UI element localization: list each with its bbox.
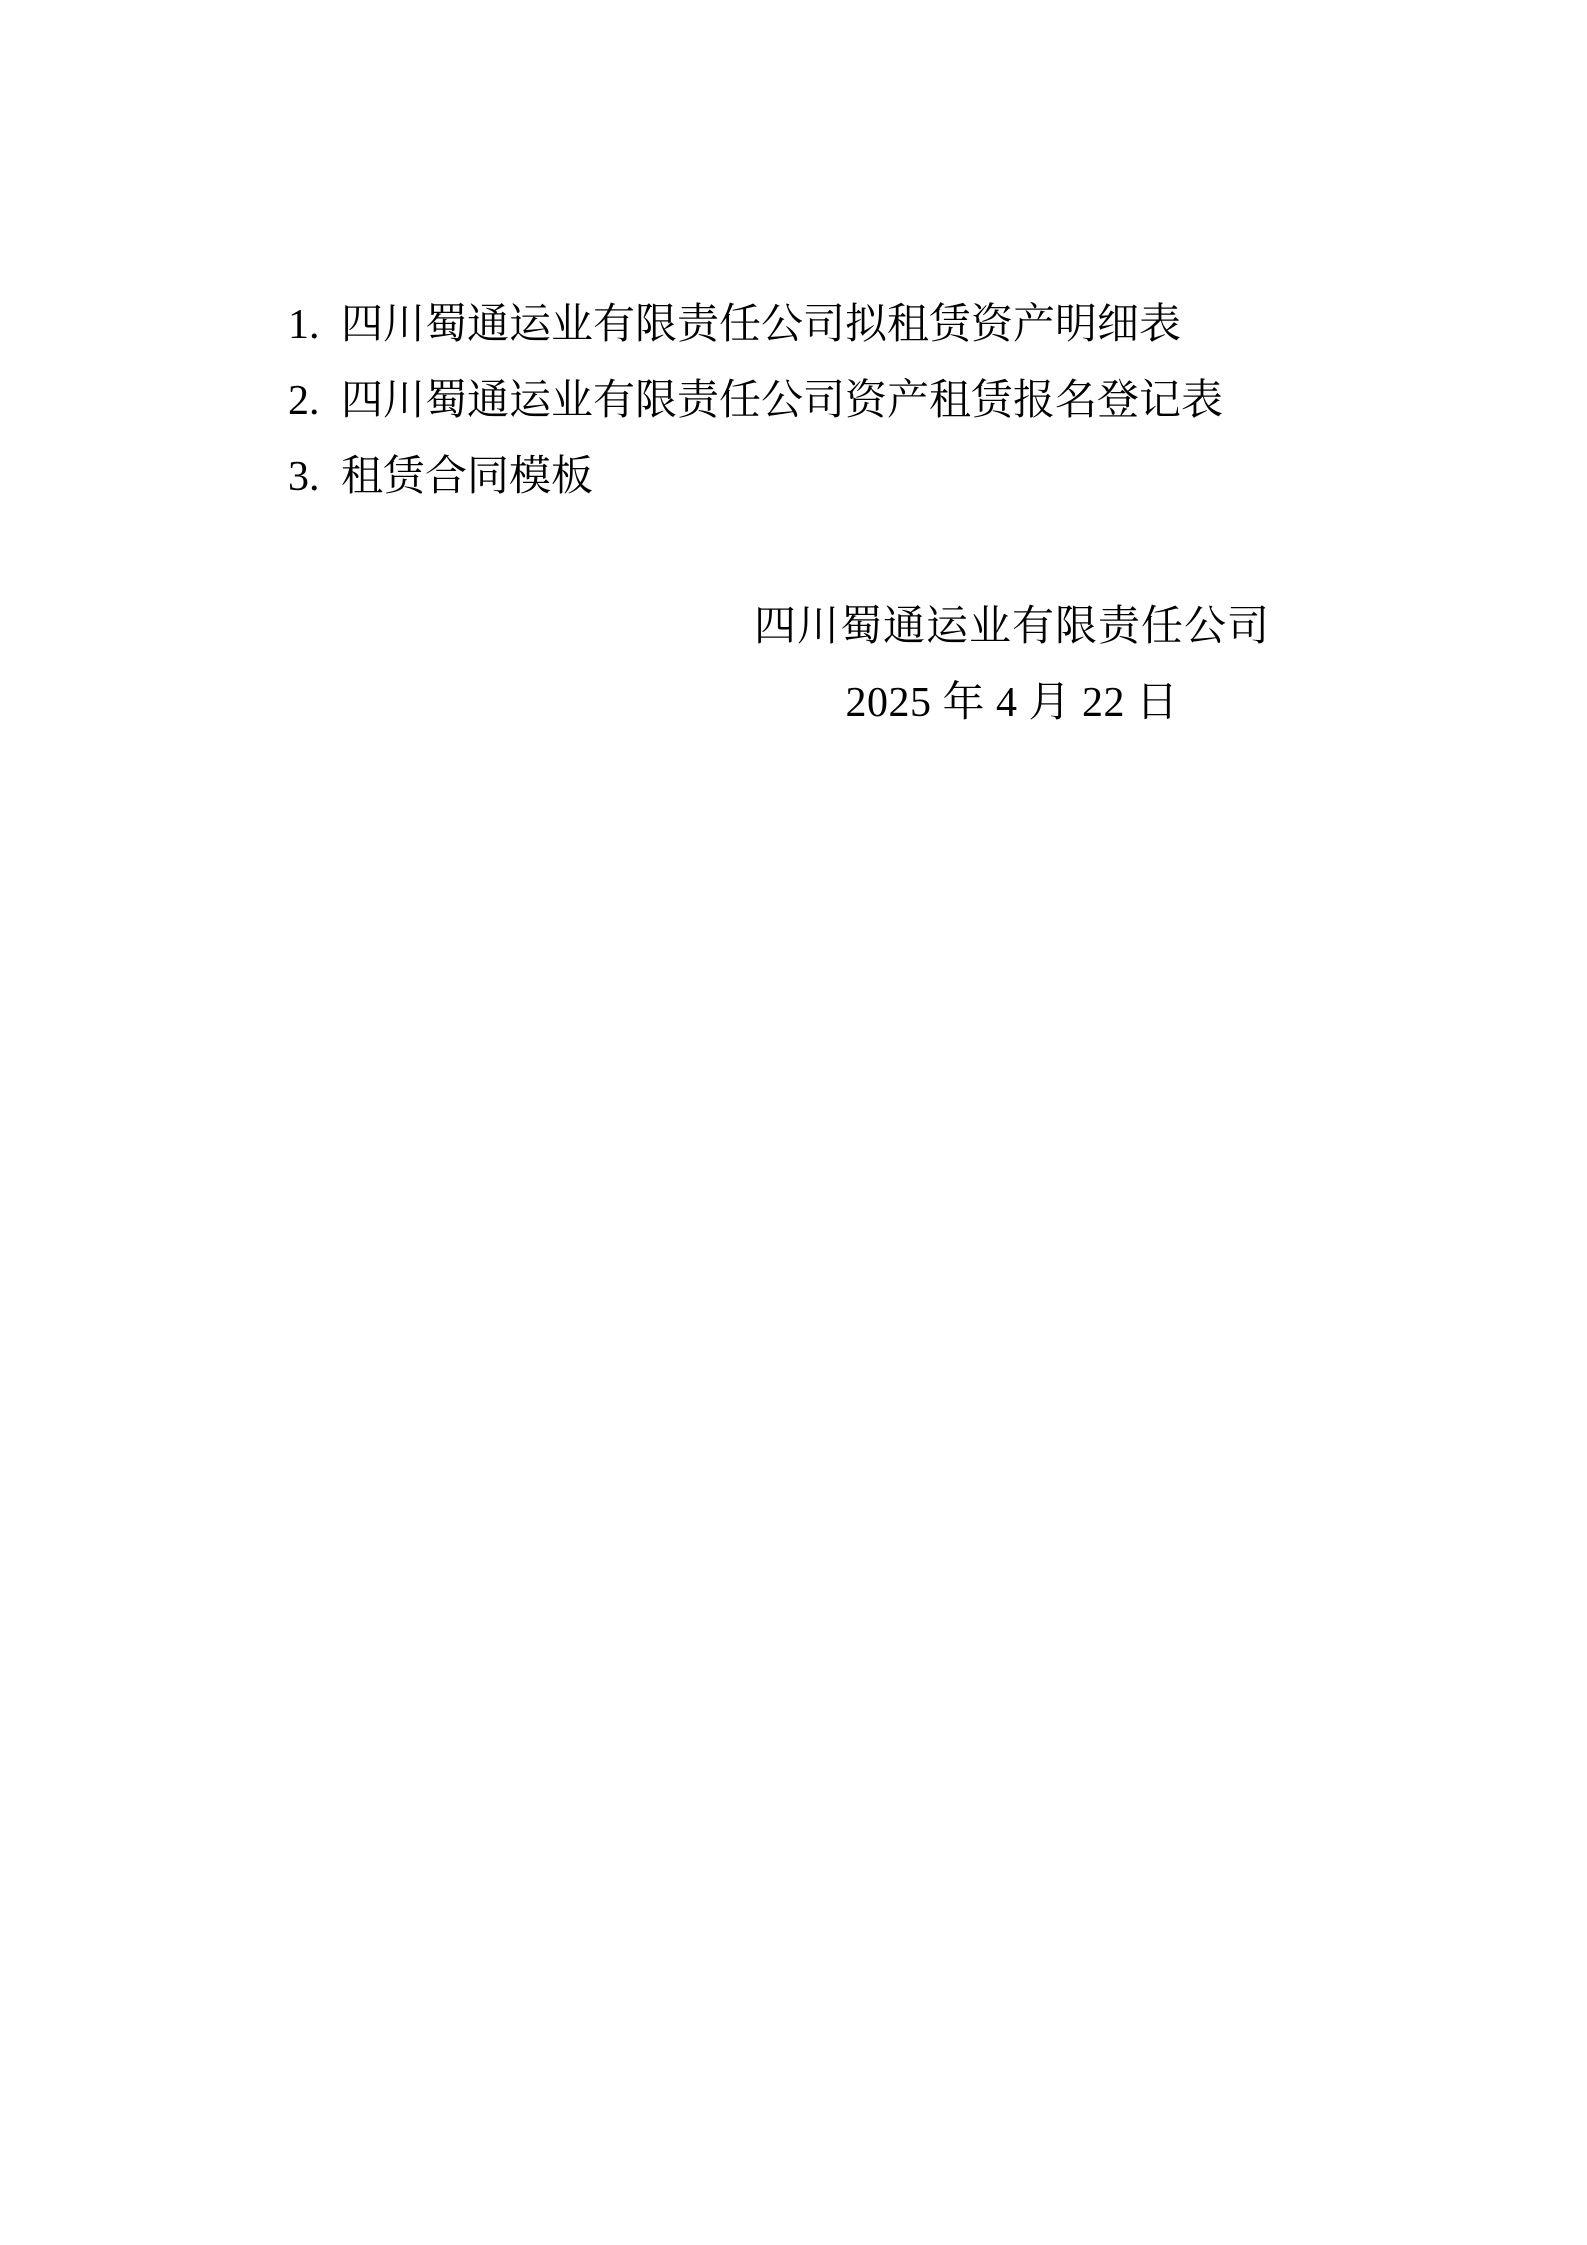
list-item: 1.四川蜀通运业有限责任公司拟租赁资产明细表: [288, 287, 1223, 363]
signature-block: 四川蜀通运业有限责任公司 2025 年 4 月 22 日: [754, 589, 1270, 741]
attachment-number: 1.: [288, 287, 341, 363]
list-item: 2.四川蜀通运业有限责任公司资产租赁报名登记表: [288, 363, 1223, 439]
signature-company: 四川蜀通运业有限责任公司: [754, 589, 1270, 665]
signature-date: 2025 年 4 月 22 日: [754, 665, 1270, 741]
attachment-list: 1.四川蜀通运业有限责任公司拟租赁资产明细表 2.四川蜀通运业有限责任公司资产租…: [288, 287, 1223, 515]
attachment-title: 四川蜀通运业有限责任公司资产租赁报名登记表: [341, 363, 1223, 439]
list-item: 3.租赁合同模板: [288, 439, 1223, 515]
document-page: 1.四川蜀通运业有限责任公司拟租赁资产明细表 2.四川蜀通运业有限责任公司资产租…: [0, 0, 1587, 2245]
attachment-number: 2.: [288, 363, 341, 439]
attachment-title: 租赁合同模板: [341, 439, 593, 515]
attachment-title: 四川蜀通运业有限责任公司拟租赁资产明细表: [341, 287, 1181, 363]
attachment-number: 3.: [288, 439, 341, 515]
